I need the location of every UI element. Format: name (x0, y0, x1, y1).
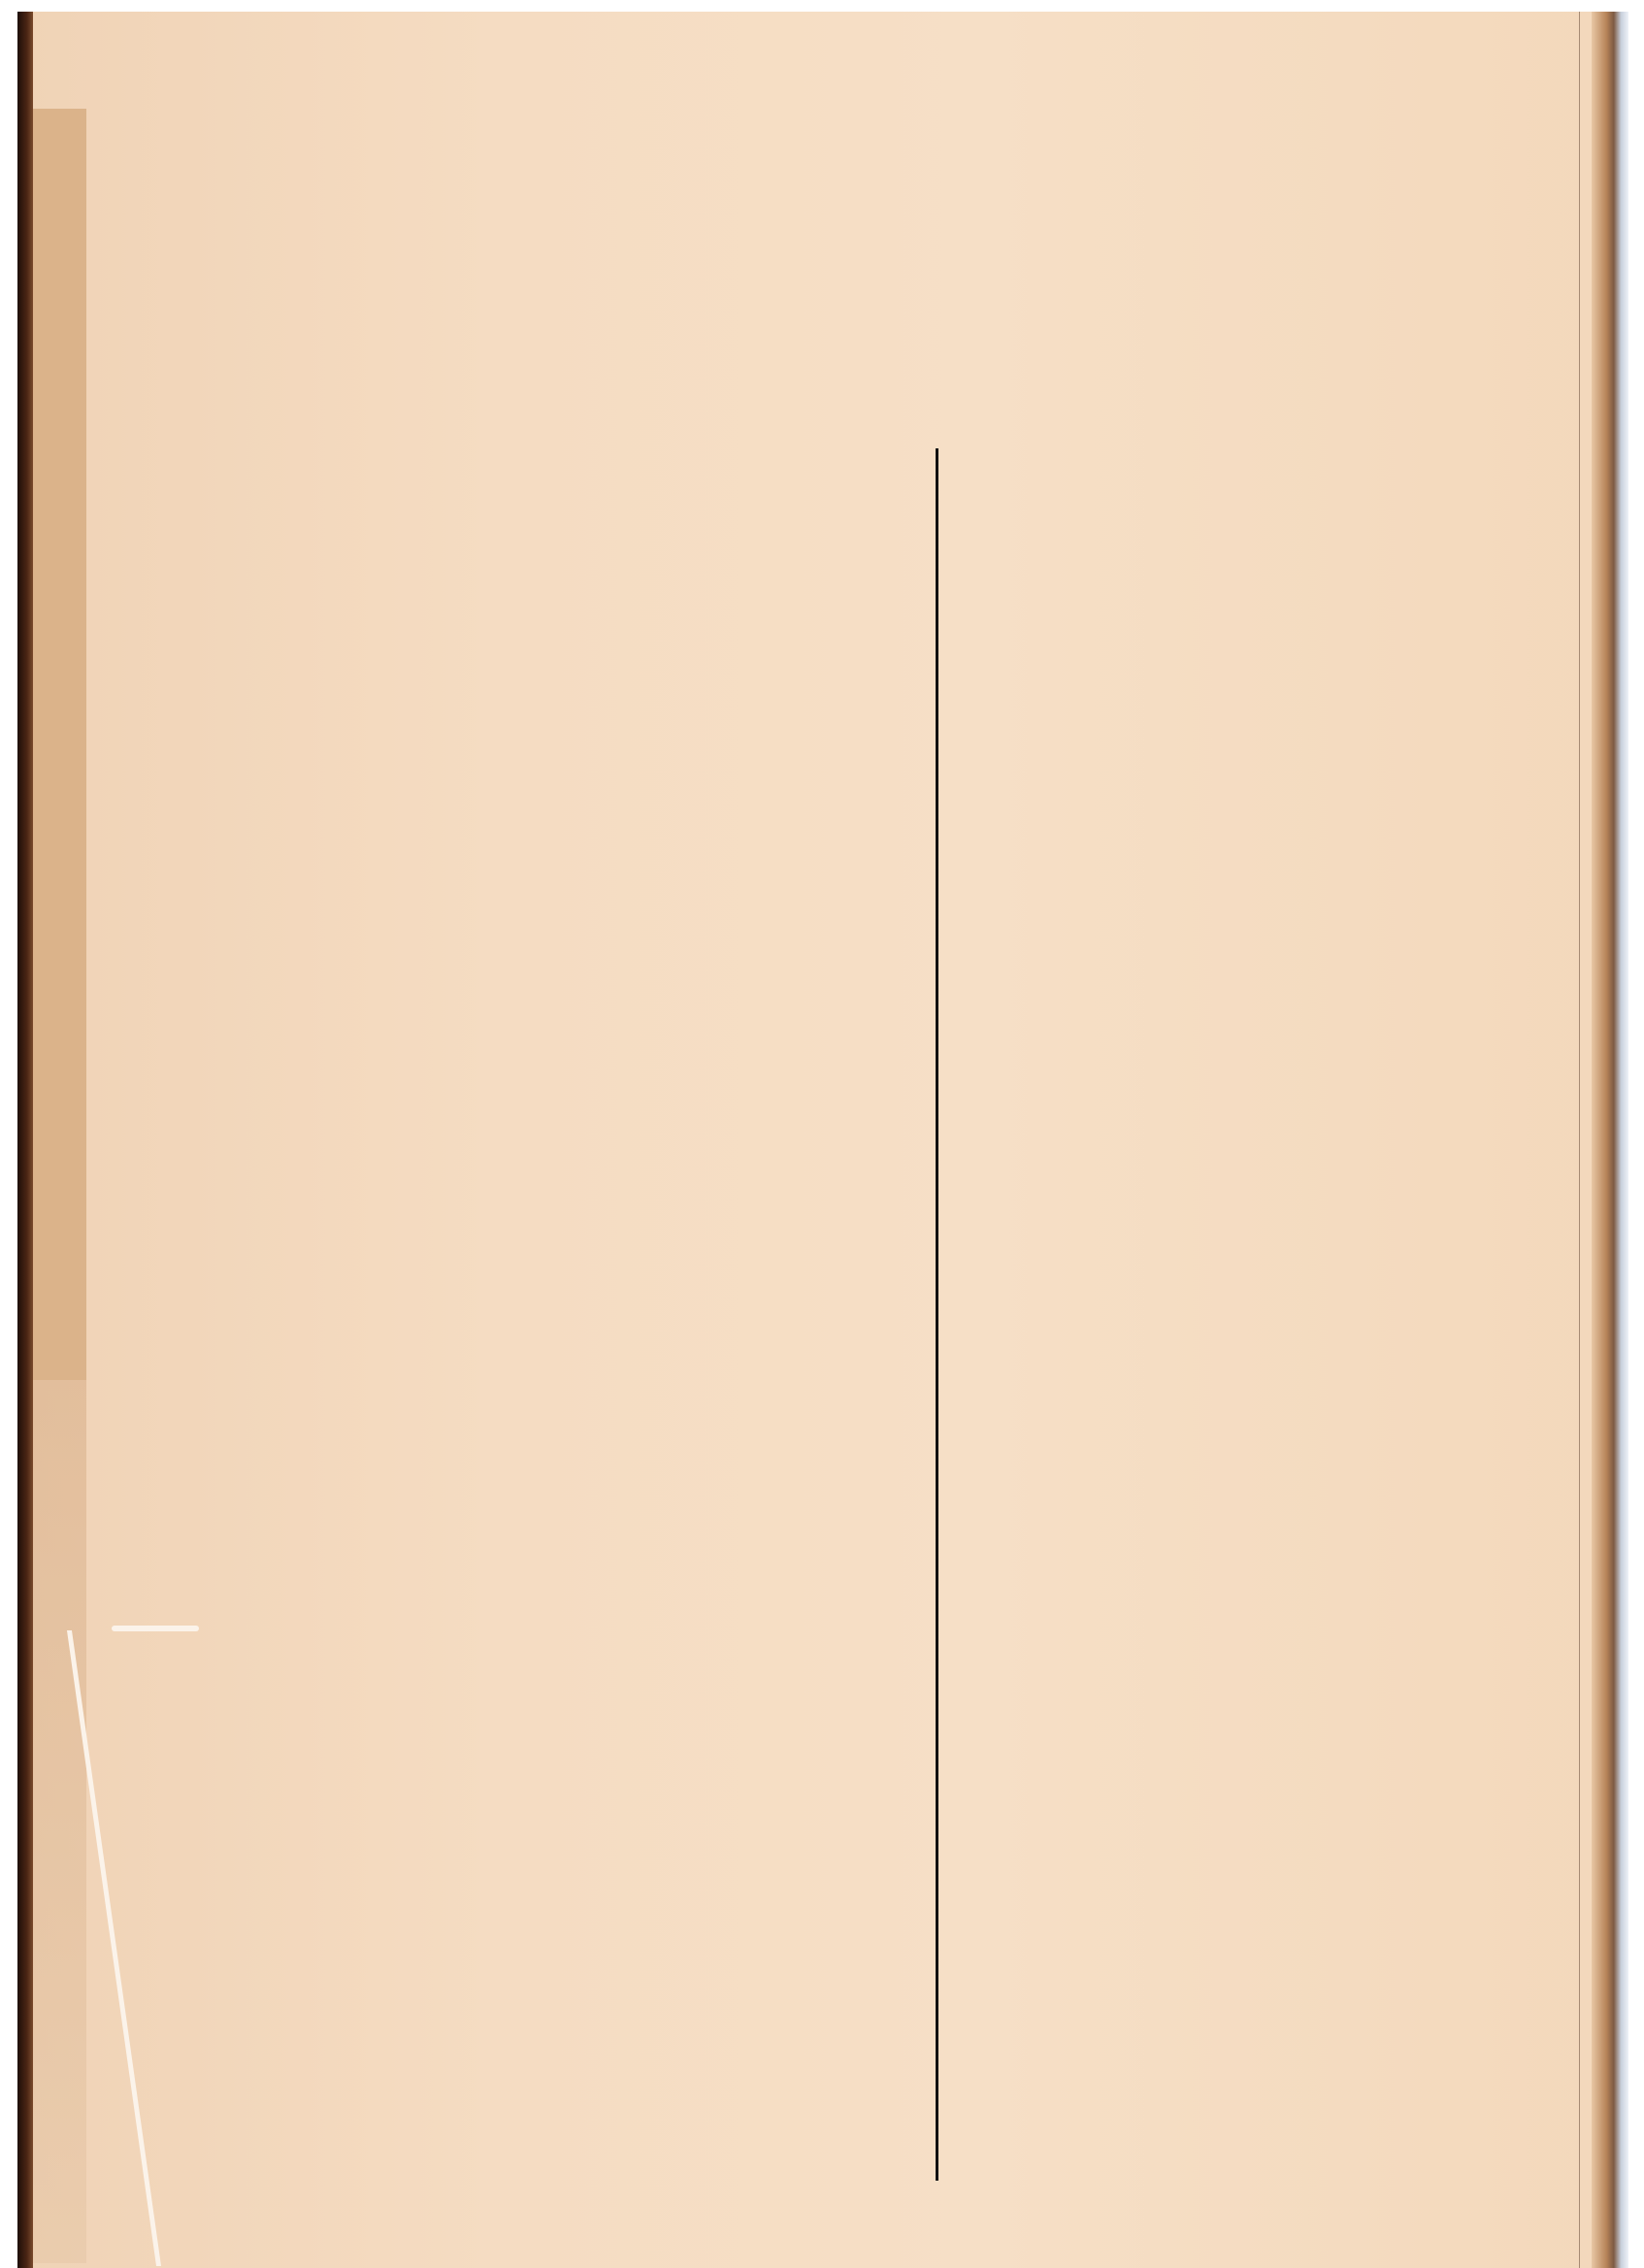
column-divider (936, 448, 938, 2181)
paper-crease (112, 1626, 199, 1631)
notebook-page (17, 12, 1628, 2268)
book-binding (17, 12, 33, 2268)
binding-tape (33, 109, 86, 1380)
right-margin-line (1579, 12, 1580, 2268)
page-edge (1592, 12, 1628, 2268)
binding-tape-lower (33, 1380, 86, 2263)
